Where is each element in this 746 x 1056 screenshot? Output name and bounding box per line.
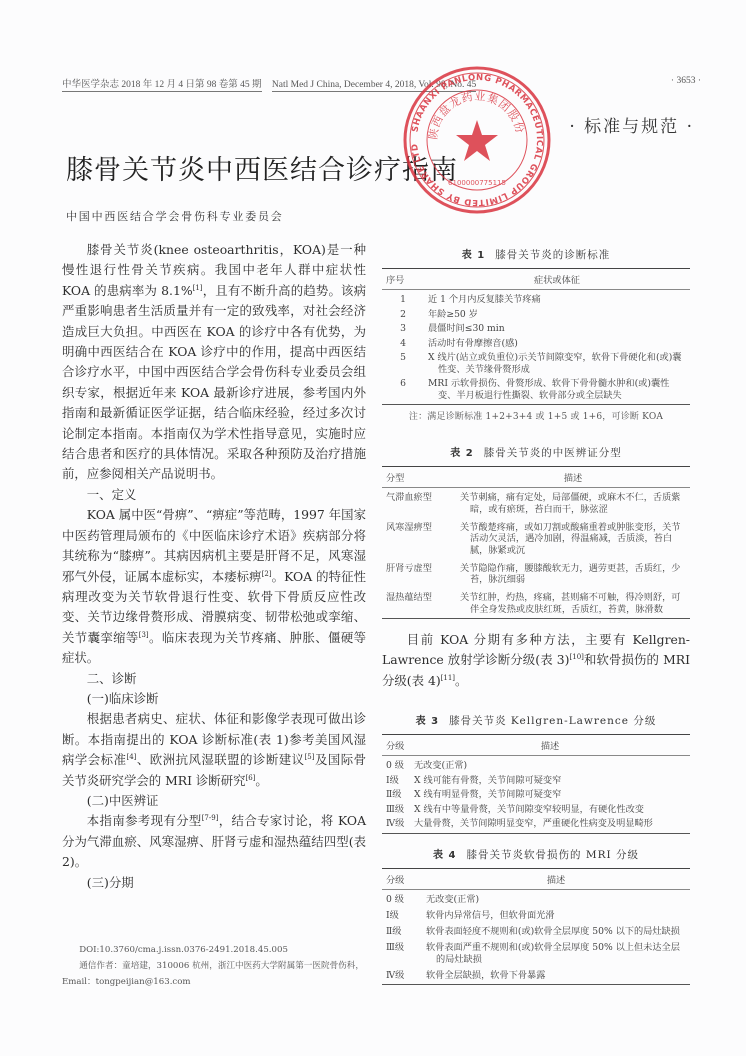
table-row: 3晨僵时间≤30 min (382, 322, 690, 337)
column-header: 分级 (382, 869, 422, 890)
citation[interactable]: [7-9] (202, 814, 219, 822)
definition-paragraph: KOA 属中医“骨痹”、“痹症”等范畴，1997 年国家中医药管理局颁布的《中医… (62, 505, 366, 668)
heading-definition: 一、定义 (62, 485, 366, 505)
running-header: 中华医学杂志 2018 年 12 月 4 日第 98 卷第 45 期 Natl … (62, 76, 662, 90)
left-column-body: 膝骨关节炎(knee osteoarthritis，KOA)是一种慢性退行性骨关… (62, 240, 366, 893)
table-row: 5X 线片(站立或负重位)示关节间隙变窄，软骨下骨硬化和(或)囊性变、关节缘骨赘… (382, 351, 690, 377)
tcm-paragraph: 本指南参考现有分型[7-9]，结合专家讨论，将 KOA 分为气滞血瘀、风寒湿痹、… (62, 811, 366, 872)
table-2-caption: 表 2膝骨关节炎的中医辨证分型 (382, 444, 690, 460)
heading-clinical-diagnosis: (一)临床诊断 (62, 689, 366, 709)
table-row: 0 级无改变(正常) (382, 890, 690, 909)
table-row: 4活动时有骨摩擦音(感) (382, 336, 690, 351)
table-row: Ⅲ级软骨表面严重不规则和(或)软骨全层厚度 50% 以上但未达全层的局灶缺损 (382, 941, 690, 969)
table-row: Ⅳ级软骨全层缺损，软骨下骨暴露 (382, 968, 690, 985)
citation[interactable]: [2] (262, 569, 272, 577)
article-author: 中国中西医结合学会骨伤科专业委员会 (66, 208, 284, 224)
heading-staging: (三)分期 (62, 873, 366, 893)
citation[interactable]: [5] (305, 753, 315, 761)
table-row: 湿热蕴结型关节红肿，灼热，疼痛，甚则痛不可触，得冷则舒，可伴全身发热或皮肤红斑，… (382, 591, 690, 619)
column-header: 描述 (456, 467, 690, 488)
table-row: Ⅰ级X 线可能有骨赘，关节间隙可疑变窄 (382, 773, 690, 788)
table-row: 1近 1 个月内反复膝关节疼痛 (382, 290, 690, 308)
citation[interactable]: [1] (193, 284, 203, 292)
section-tag: · 标准与规范 · (569, 112, 694, 137)
diagnosis-paragraph: 根据患者病史、症状、体征和影像学表现可做出诊断。本指南提出的 KOA 诊断标准(… (62, 709, 366, 791)
intro-paragraph: 膝骨关节炎(knee osteoarthritis，KOA)是一种慢性退行性骨关… (62, 240, 366, 485)
staging-paragraph: 目前 KOA 分期有多种方法，主要有 Kellgren-Lawrence 放射学… (382, 630, 690, 691)
table-3-block: 表 3膝骨关节炎 Kellgren-Lawrence 分级 分级 描述 0 级无… (382, 712, 690, 834)
table-row: 肝肾亏虚型关节隐隐作痛，腰膝酸软无力，遇劳更甚，舌质红，少苔，脉沉细弱 (382, 561, 690, 591)
table-1: 序号 症状或体征 1近 1 个月内反复膝关节疼痛 2年龄≥50 岁 3晨僵时间≤… (382, 268, 690, 405)
column-header: 描述 (422, 869, 690, 890)
citation[interactable]: [4] (126, 753, 136, 761)
article-title: 膝骨关节炎中西医结合诊疗指南 (66, 148, 458, 187)
page-number: · 3653 · (671, 76, 701, 86)
correspondence: 通信作者：童培建，310006 杭州，浙江中医药大学附属第一医院骨伤科，Emai… (62, 958, 366, 990)
table-2: 分型 描述 气滞血瘀型关节刺痛，痛有定处，局部僵硬，或麻木不仁，舌质紫暗，或有瘀… (382, 466, 690, 619)
table-row: Ⅱ级X 线有明显骨赘，关节间隙可疑变窄 (382, 788, 690, 803)
doi[interactable]: DOI:10.3760/cma.j.issn.0376-2491.2018.45… (62, 942, 366, 958)
table-2-block: 表 2膝骨关节炎的中医辨证分型 分型 描述 气滞血瘀型关节刺痛，痛有定处，局部僵… (382, 444, 690, 619)
footnote: DOI:10.3760/cma.j.issn.0376-2491.2018.45… (62, 942, 366, 990)
column-header: 描述 (410, 735, 690, 756)
table-row: 0 级无改变(正常) (382, 756, 690, 774)
table-row: 2年龄≥50 岁 (382, 307, 690, 322)
heading-diagnosis: 二、诊断 (62, 669, 366, 689)
table-3-caption: 表 3膝骨关节炎 Kellgren-Lawrence 分级 (382, 712, 690, 728)
table-row: Ⅳ级大量骨赘，关节间隙明显变窄，严重硬化性病变及明显畸形 (382, 817, 690, 834)
table-row: 气滞血瘀型关节刺痛，痛有定处，局部僵硬，或麻木不仁，舌质紫暗，或有瘀斑，苔白而干… (382, 488, 690, 521)
journal-en: Natl Med J China, December 4, 2018, Vol.… (272, 80, 476, 92)
table-4-block: 表 4膝骨关节炎软骨损伤的 MRI 分级 分级 描述 0 级无改变(正常) Ⅰ级… (382, 846, 690, 985)
citation[interactable]: [10] (570, 653, 584, 661)
table-1-note: 注：满足诊断标准 1+2+3+4 或 1+5 或 1+6，可诊断 KOA (382, 409, 690, 422)
table-row: Ⅰ级软骨内异常信号，但软骨面光滑 (382, 909, 690, 925)
table-row: 6MRI 示软骨损伤、骨赘形成、软骨下骨骨髓水肿和(或)囊性变、半月板退行性撕裂… (382, 377, 690, 405)
column-header: 分型 (382, 467, 456, 488)
table-1-caption: 表 1膝骨关节炎的诊断标准 (382, 246, 690, 262)
column-header: 序号 (382, 269, 424, 290)
citation[interactable]: [6] (245, 773, 255, 781)
table-row: 风寒湿痹型关节酸楚疼痛，或如刀割或酸痛重着或肿胀变形，关节活动欠灵活，遇冷加剧，… (382, 520, 690, 561)
table-row: Ⅲ级X 线有中等量骨赘，关节间隙变窄较明显，有硬化性改变 (382, 802, 690, 817)
table-3: 分级 描述 0 级无改变(正常) Ⅰ级X 线可能有骨赘，关节间隙可疑变窄 Ⅱ级X… (382, 734, 690, 834)
column-header: 症状或体征 (424, 269, 690, 290)
table-4: 分级 描述 0 级无改变(正常) Ⅰ级软骨内异常信号，但软骨面光滑 Ⅱ级软骨表面… (382, 868, 690, 985)
journal-cn: 中华医学杂志 2018 年 12 月 4 日第 98 卷第 45 期 (62, 80, 262, 92)
citation[interactable]: [11] (441, 674, 455, 682)
table-4-caption: 表 4膝骨关节炎软骨损伤的 MRI 分级 (382, 846, 690, 862)
column-header: 分级 (382, 735, 410, 756)
table-row: Ⅱ级软骨表面轻度不规则和(或)软骨全层厚度 50% 以下的局灶缺损 (382, 925, 690, 941)
table-1-block: 表 1膝骨关节炎的诊断标准 序号 症状或体征 1近 1 个月内反复膝关节疼痛 2… (382, 246, 690, 422)
citation[interactable]: [3] (139, 631, 149, 639)
heading-tcm-differentiation: (二)中医辨证 (62, 791, 366, 811)
